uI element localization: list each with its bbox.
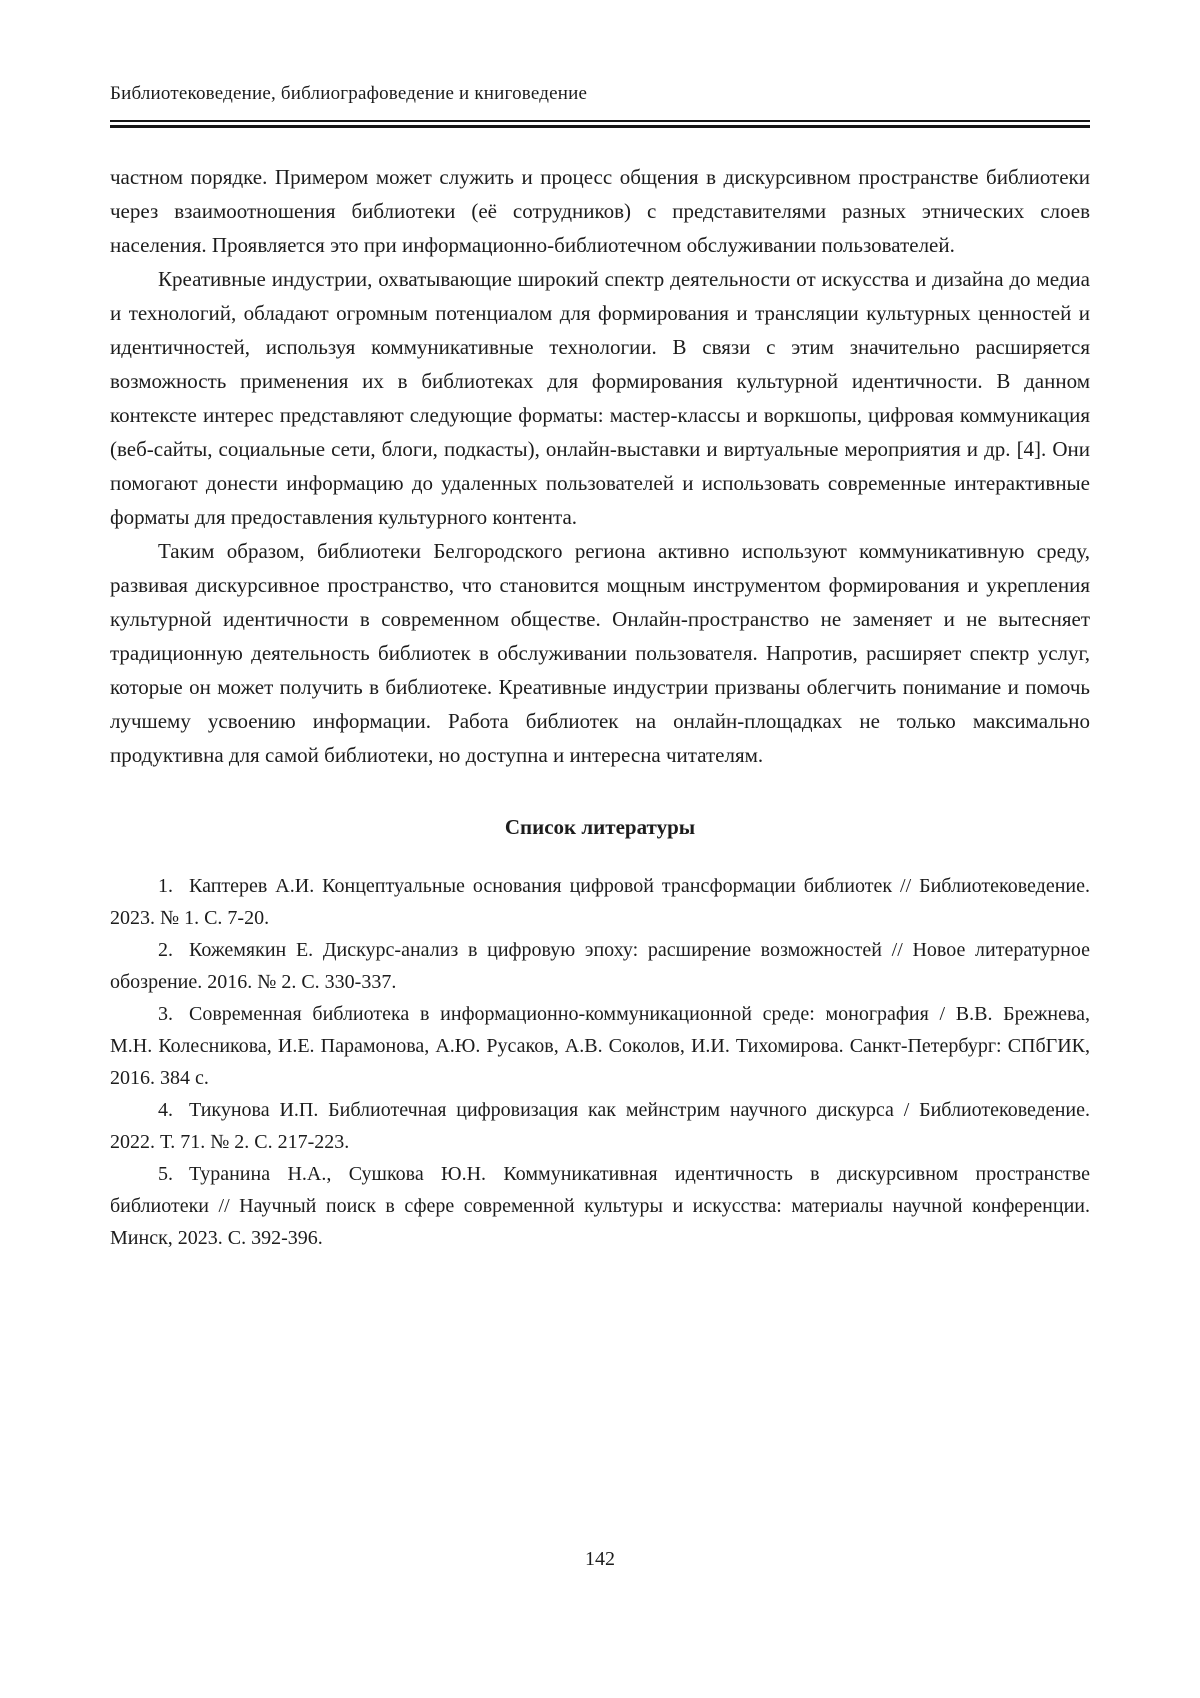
reference-text: Каптерев А.И. Концептуальные основания ц… [110, 875, 1090, 929]
reference-text: Кожемякин Е. Дискурс-анализ в цифровую э… [110, 939, 1090, 993]
header-rule [110, 120, 1090, 128]
page-number: 142 [0, 1548, 1200, 1571]
reference-item: 4.Тикунова И.П. Библиотечная цифровизаци… [110, 1094, 1090, 1158]
reference-number: 2. [158, 939, 189, 961]
reference-number: 5. [158, 1163, 189, 1185]
reference-item: 2.Кожемякин Е. Дискурс-анализ в цифровую… [110, 934, 1090, 998]
reference-item: 1.Каптерев А.И. Концептуальные основания… [110, 870, 1090, 934]
document-page: Библиотековедение, библиографоведение и … [0, 0, 1200, 1698]
reference-item: 3.Современная библиотека в информационно… [110, 998, 1090, 1094]
page-content: Библиотековедение, библиографоведение и … [0, 0, 1200, 1254]
reference-text: Современная библиотека в информационно-к… [110, 1003, 1090, 1089]
reference-text: Туранина Н.А., Сушкова Ю.Н. Коммуникатив… [110, 1163, 1090, 1249]
body-text: частном порядке. Примером может служить … [110, 160, 1090, 772]
reference-number: 4. [158, 1099, 189, 1121]
references-heading: Список литературы [110, 814, 1090, 840]
reference-number: 1. [158, 875, 189, 897]
reference-item: 5.Туранина Н.А., Сушкова Ю.Н. Коммуникат… [110, 1158, 1090, 1254]
body-paragraph: частном порядке. Примером может служить … [110, 160, 1090, 262]
references-list: 1.Каптерев А.И. Концептуальные основания… [110, 870, 1090, 1254]
body-paragraph: Креативные индустрии, охватывающие широк… [110, 262, 1090, 534]
reference-number: 3. [158, 1003, 189, 1025]
running-head: Библиотековедение, библиографоведение и … [110, 82, 1090, 106]
body-paragraph: Таким образом, библиотеки Белгородского … [110, 534, 1090, 772]
reference-text: Тикунова И.П. Библиотечная цифровизация … [110, 1099, 1090, 1153]
